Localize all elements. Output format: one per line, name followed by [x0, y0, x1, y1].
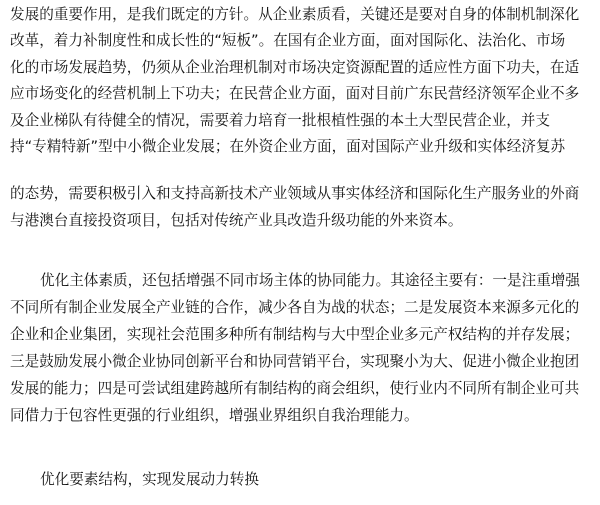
- paragraph-line: 持“专精特新”型中小微企业发展；在外资企业方面，面对国际产业升级和实体经济复苏: [10, 133, 565, 160]
- paragraph-line: 同借力于包容性更强的行业组织，增强业界组织自我治理能力。: [10, 402, 419, 429]
- paragraph-line: 三是鼓励发展小微企业协同创新平台和协同营销平台，实现聚小为大、促进小微企业抱团: [10, 348, 579, 375]
- paragraph-line: 企业和企业集团，实现社会范围多种所有制结构与大中型企业多元产权结构的并存发展；: [10, 321, 579, 348]
- paragraph-line: 与港澳台直接投资项目，包括对传统产业具改造升级功能的外来资本。: [10, 207, 462, 234]
- paragraph-line: 改革，着力补制度性和成长性的“短板”。在国有企业方面，面对国际化、法治化、市场: [10, 27, 565, 54]
- paragraph-line: 及企业梯队有待健全的情况，需要着力培育一批根植性强的本土大型民营企业，并支: [10, 107, 550, 134]
- paragraph-line: 应市场变化的经营机制上下功夫；在民营企业方面，面对目前广东民营经济领军企业不多: [10, 80, 579, 107]
- paragraph-line: 发展的能力；四是可尝试组建跨越所有制结构的商会组织，使行业内不同所有制企业可共: [10, 375, 579, 402]
- paragraph-line: 不同所有制企业发展全产业链的合作，减少各自为战的状态；二是发展资本来源多元化的: [10, 294, 579, 321]
- paragraph-first-line: 优化主体素质，还包括增强不同市场主体的协同能力。其途径主要有：一是注重增强: [40, 267, 580, 294]
- paragraph-line: 发展的重要作用，是我们既定的方针。从企业素质看，关键还是要对自身的体制机制深化: [10, 1, 579, 28]
- paragraph-line: 的态势，需要积极引入和支持高新技术产业领域从事实体经济和国际化生产服务业的外商: [10, 180, 579, 207]
- section-heading-text: 优化要素结构，实现发展动力转换: [40, 466, 259, 493]
- paragraph-line: 化的市场发展趋势，仍须从企业治理机制对市场决定资源配置的适应性方面下功夫，在适: [10, 54, 579, 81]
